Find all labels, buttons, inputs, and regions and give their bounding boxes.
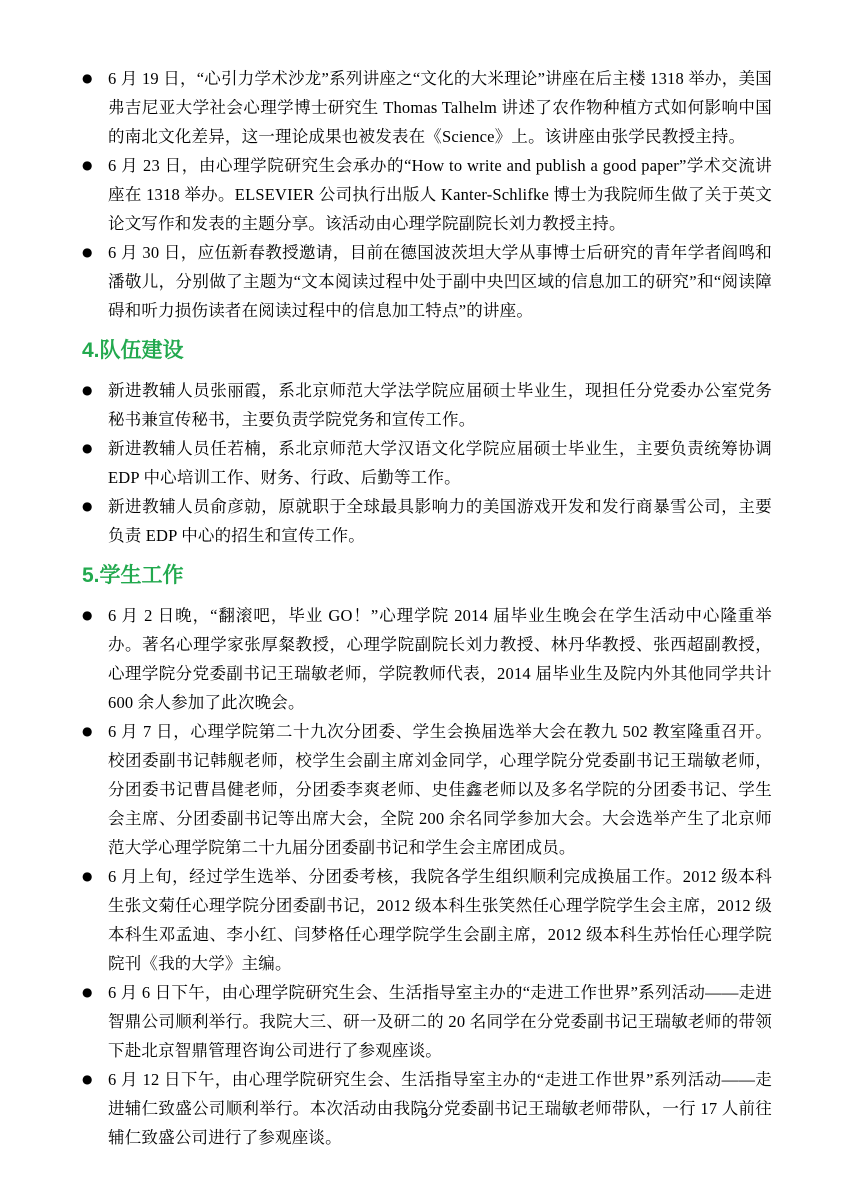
bullet-icon: ● (82, 376, 108, 405)
bullet-text: 6 月 7 日，心理学院第二十九次分团委、学生会换届选举大会在教九 502 教室… (108, 717, 772, 862)
bullet-text: 6 月 23 日，由心理学院研究生会承办的“How to write and p… (108, 151, 772, 238)
list-item: ● 新进教辅人员任若楠，系北京师范大学汉语文化学院应届硕士毕业生，主要负责统筹协… (82, 434, 772, 492)
list-item: ● 6 月 19 日，“心引力学术沙龙”系列讲座之“文化的大米理论”讲座在后主楼… (82, 64, 772, 151)
list-item: ● 6 月 2 日晚，“翻滚吧，毕业 GO！”心理学院 2014 届毕业生晚会在… (82, 601, 772, 717)
bullet-text: 6 月 30 日，应伍新春教授邀请，目前在德国波茨坦大学从事博士后研究的青年学者… (108, 238, 772, 325)
bullet-icon: ● (82, 151, 108, 180)
bullet-list-lectures: ● 6 月 19 日，“心引力学术沙龙”系列讲座之“文化的大米理论”讲座在后主楼… (82, 64, 772, 325)
list-item: ● 6 月 7 日，心理学院第二十九次分团委、学生会换届选举大会在教九 502 … (82, 717, 772, 862)
document-content: ● 6 月 19 日，“心引力学术沙龙”系列讲座之“文化的大米理论”讲座在后主楼… (82, 64, 772, 1152)
list-item: ● 新进教辅人员俞彦勍，原就职于全球最具影响力的美国游戏开发和发行商暴雪公司，主… (82, 492, 772, 550)
bullet-icon: ● (82, 601, 108, 630)
bullet-icon: ● (82, 64, 108, 93)
bullet-text: 6 月 19 日，“心引力学术沙龙”系列讲座之“文化的大米理论”讲座在后主楼 1… (108, 64, 772, 151)
document-page: ● 6 月 19 日，“心引力学术沙龙”系列讲座之“文化的大米理论”讲座在后主楼… (0, 0, 849, 1200)
list-item: ● 新进教辅人员张丽霞，系北京师范大学法学院应届硕士毕业生，现担任分党委办公室党… (82, 376, 772, 434)
list-item: ● 6 月上旬，经过学生选举、分团委考核，我院各学生组织顺利完成换届工作。201… (82, 862, 772, 978)
list-item: ● 6 月 30 日，应伍新春教授邀请，目前在德国波茨坦大学从事博士后研究的青年… (82, 238, 772, 325)
section-heading-student-work: 5.学生工作 (82, 562, 772, 590)
bullet-icon: ● (82, 717, 108, 746)
list-item: ● 6 月 23 日，由心理学院研究生会承办的“How to write and… (82, 151, 772, 238)
bullet-text: 新进教辅人员任若楠，系北京师范大学汉语文化学院应届硕士毕业生，主要负责统筹协调 … (108, 434, 772, 492)
bullet-text: 6 月 6 日下午，由心理学院研究生会、生活指导室主办的“走进工作世界”系列活动… (108, 978, 772, 1065)
bullet-icon: ● (82, 1065, 108, 1094)
bullet-list-student-work: ● 6 月 2 日晚，“翻滚吧，毕业 GO！”心理学院 2014 届毕业生晚会在… (82, 601, 772, 1152)
bullet-text: 6 月 2 日晚，“翻滚吧，毕业 GO！”心理学院 2014 届毕业生晚会在学生… (108, 601, 772, 717)
bullet-icon: ● (82, 434, 108, 463)
bullet-icon: ● (82, 978, 108, 1007)
bullet-text: 新进教辅人员张丽霞，系北京师范大学法学院应届硕士毕业生，现担任分党委办公室党务秘… (108, 376, 772, 434)
section-heading-team-building: 4.队伍建设 (82, 337, 772, 365)
bullet-icon: ● (82, 238, 108, 267)
bullet-text: 新进教辅人员俞彦勍，原就职于全球最具影响力的美国游戏开发和发行商暴雪公司，主要负… (108, 492, 772, 550)
list-item: ● 6 月 6 日下午，由心理学院研究生会、生活指导室主办的“走进工作世界”系列… (82, 978, 772, 1065)
bullet-text: 6 月上旬，经过学生选举、分团委考核，我院各学生组织顺利完成换届工作。2012 … (108, 862, 772, 978)
bullet-list-team-building: ● 新进教辅人员张丽霞，系北京师范大学法学院应届硕士毕业生，现担任分党委办公室党… (82, 376, 772, 550)
bullet-icon: ● (82, 492, 108, 521)
page-number: 3 (0, 1106, 849, 1123)
bullet-icon: ● (82, 862, 108, 891)
